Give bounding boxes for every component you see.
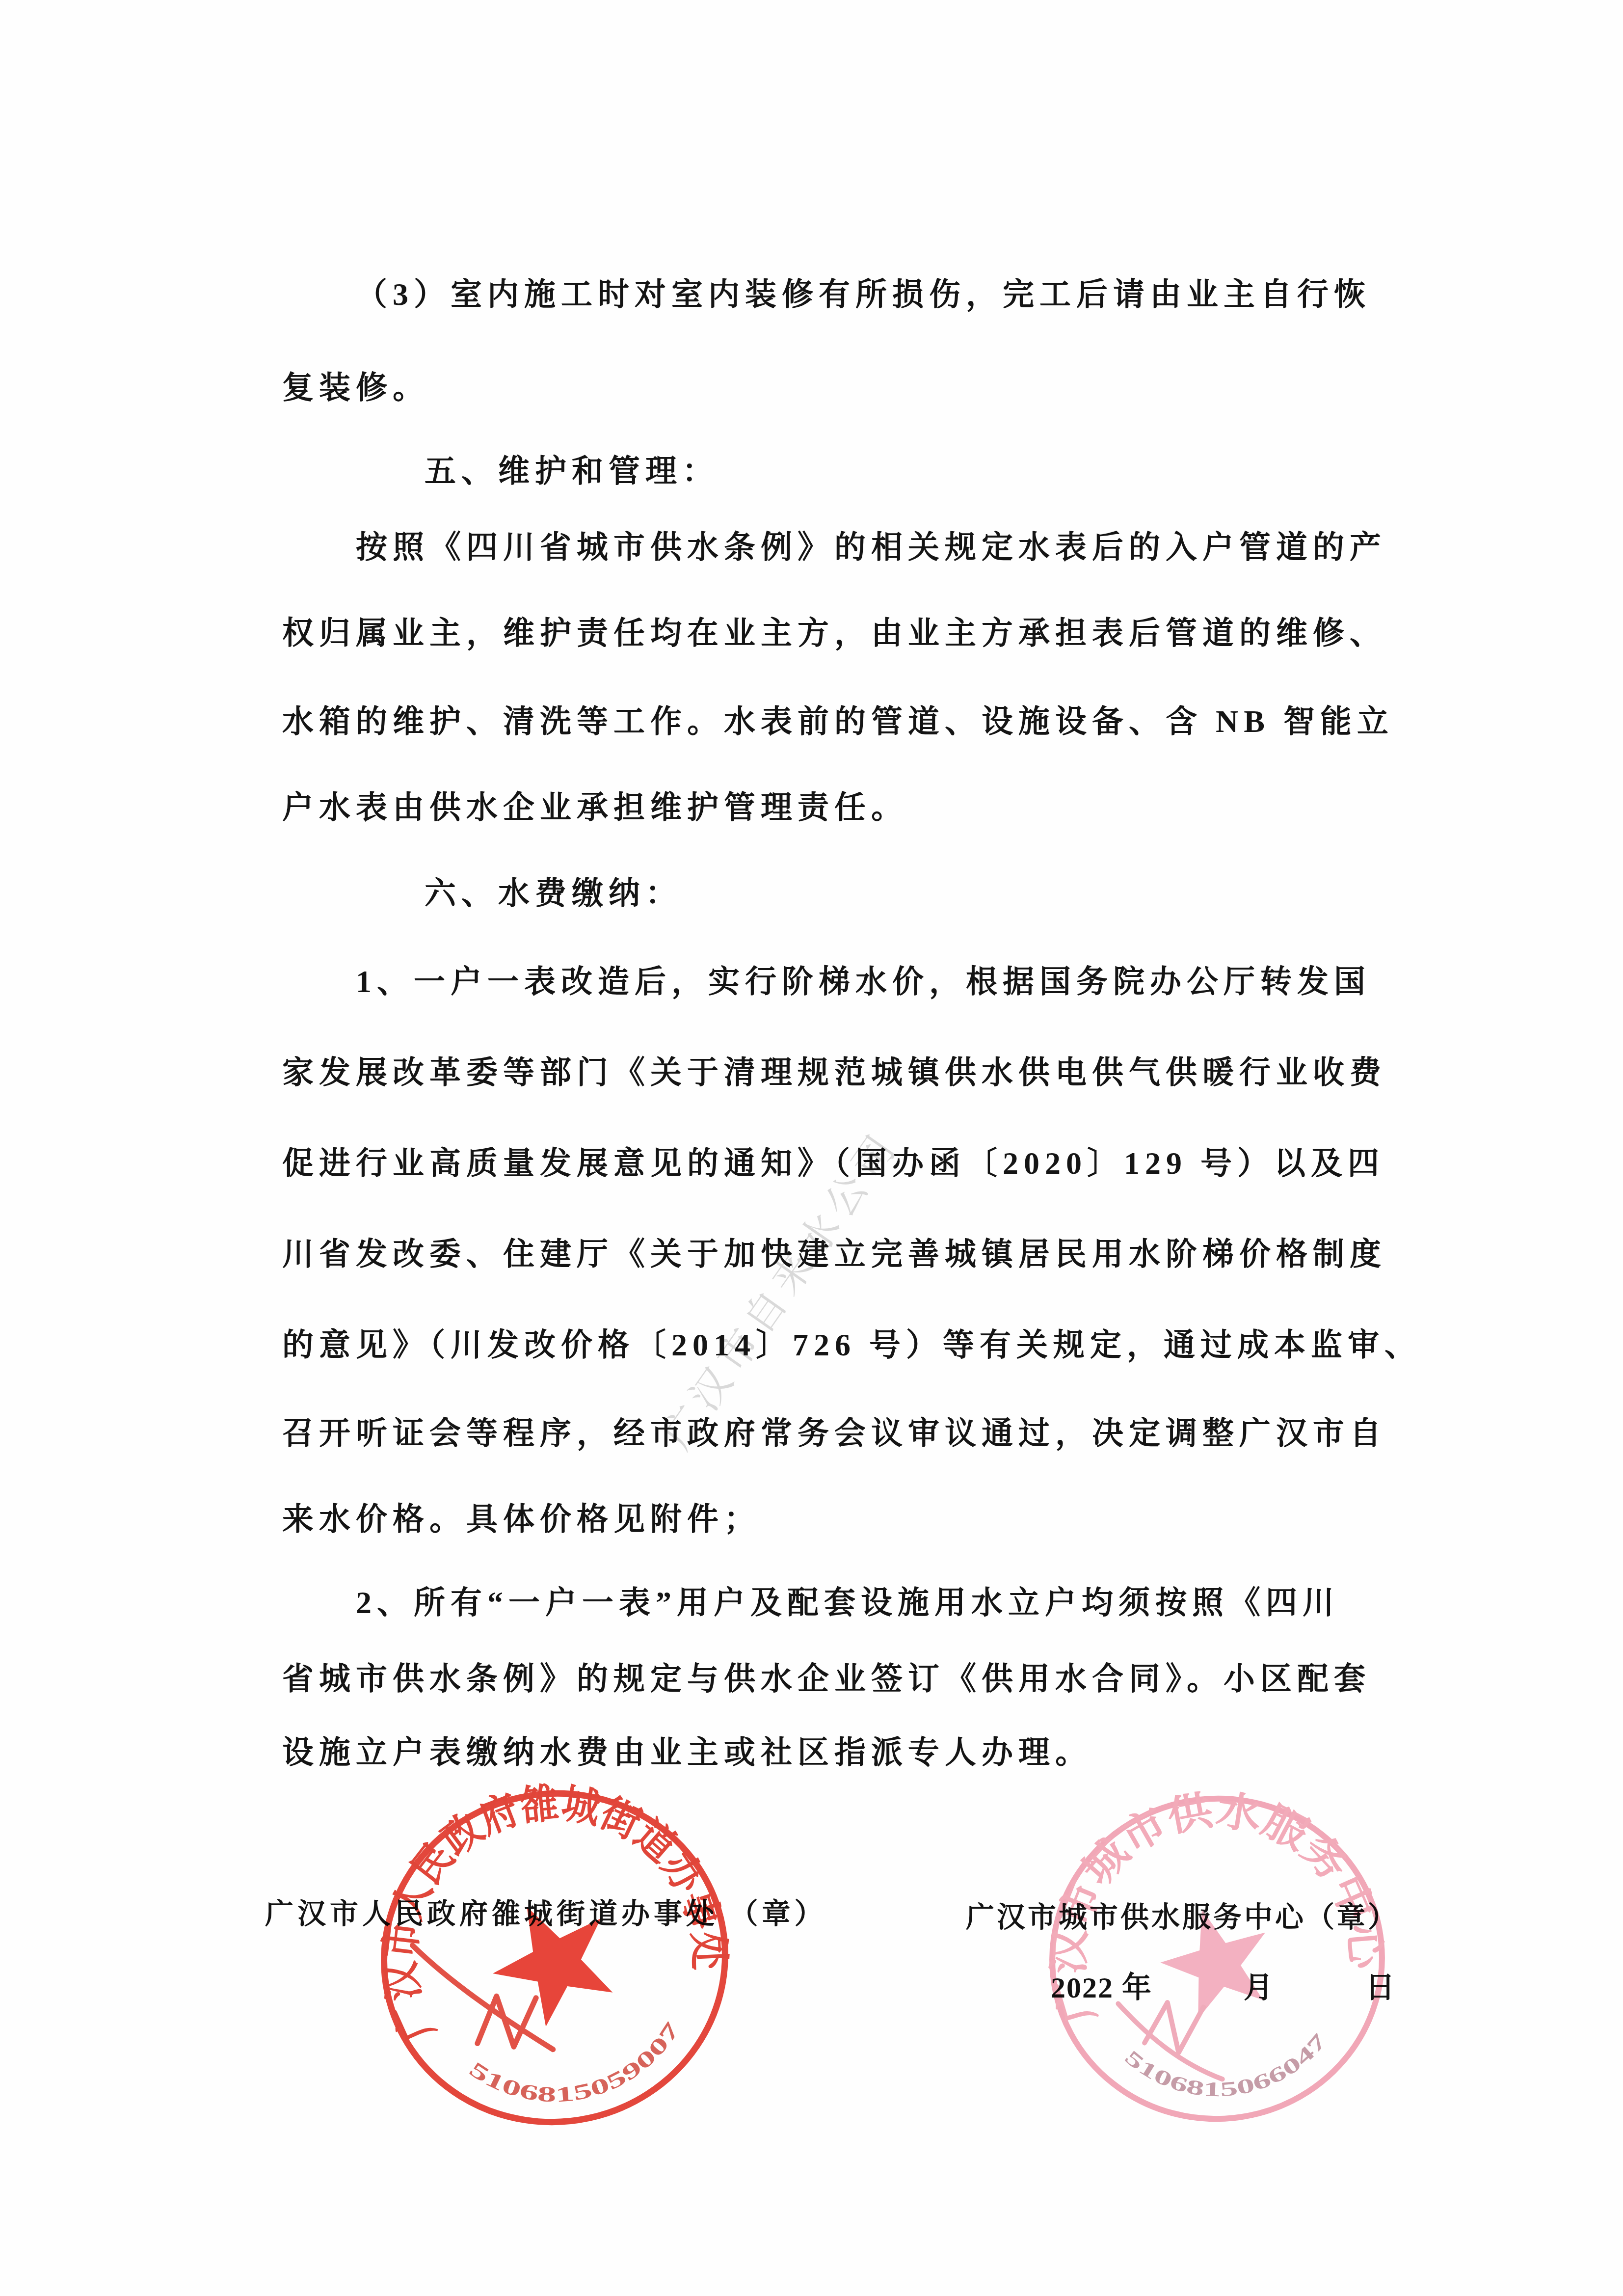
pen-scribble: [1141, 1999, 1208, 2056]
left-signature-label: 广汉市人民政府雒城街道办事处 （章）: [265, 1891, 827, 1932]
body-line: 水箱的维护、清洗等工作。水表前的管道、设施设备、含 NB 智能立: [282, 706, 1416, 737]
date-line: 2022 年 月 日: [1051, 1964, 1396, 2006]
body-line: 2、所有“一户一表”用户及配套设施用水立户均须按照《四川: [282, 1587, 1490, 1619]
body-line: 来水价格。具体价格见附件；: [282, 1504, 1416, 1535]
body-line: 权归属业主，维护责任均在业主方，由业主方承担表后管道的维修、: [282, 618, 1416, 649]
body-line: 省城市供水条例》的规定与供水企业签订《供用水合同》。小区配套: [282, 1663, 1416, 1695]
body-line: 六、水费缴纳：: [282, 878, 1558, 909]
page: 广汉市自来水公司 （3）室内施工时对室内装修有所损伤，完工后请由业主自行恢 复装…: [0, 0, 1623, 2296]
body-line: 户水表由供水企业承担维护管理责任。: [282, 792, 1416, 823]
body-line: 复装修。: [282, 372, 1416, 404]
body-line: 家发展改革委等部门《关于清理规范城镇供水供电供气供暖行业收费: [282, 1057, 1416, 1088]
body-line: 设施立户表缴纳水费由业主或社区指派专人办理。: [282, 1737, 1416, 1768]
body-line: 召开听证会等程序，经市政府常务会议审议通过，决定调整广汉市自: [282, 1418, 1416, 1449]
body-line: 五、维护和管理：: [282, 456, 1558, 487]
body-line: 川省发改委、住建厅《关于加快建立完善城镇居民用水阶梯价格制度: [282, 1239, 1416, 1270]
official-seal-left: 广汉市人民政府雒城街道办事处 5106815059007: [339, 1742, 770, 2173]
body-line: 按照《四川省城市供水条例》的相关规定水表后的入户管道的产: [282, 532, 1490, 563]
pen-scribble: [412, 1921, 553, 2074]
body-line: 促进行业高质量发展意见的通知》（国办函〔2020〕129 号）以及四: [282, 1148, 1416, 1179]
body-line: 的意见》（川发改价格〔2014〕726 号）等有关规定，通过成本监审、: [282, 1329, 1416, 1361]
body-line: （3）室内施工时对室内装修有所损伤，完工后请由业主自行恢: [282, 279, 1490, 310]
body-line: 1、一户一表改造后，实行阶梯水价，根据国务院办公厅转发国: [282, 966, 1490, 998]
official-seal-right: 广汉市城市供水服务中心 5106815066047: [1028, 1770, 1406, 2147]
seal-code-text: 5106815059007: [461, 2014, 695, 2127]
right-signature-label: 广汉市城市供水服务中心（章）: [966, 1894, 1399, 1935]
